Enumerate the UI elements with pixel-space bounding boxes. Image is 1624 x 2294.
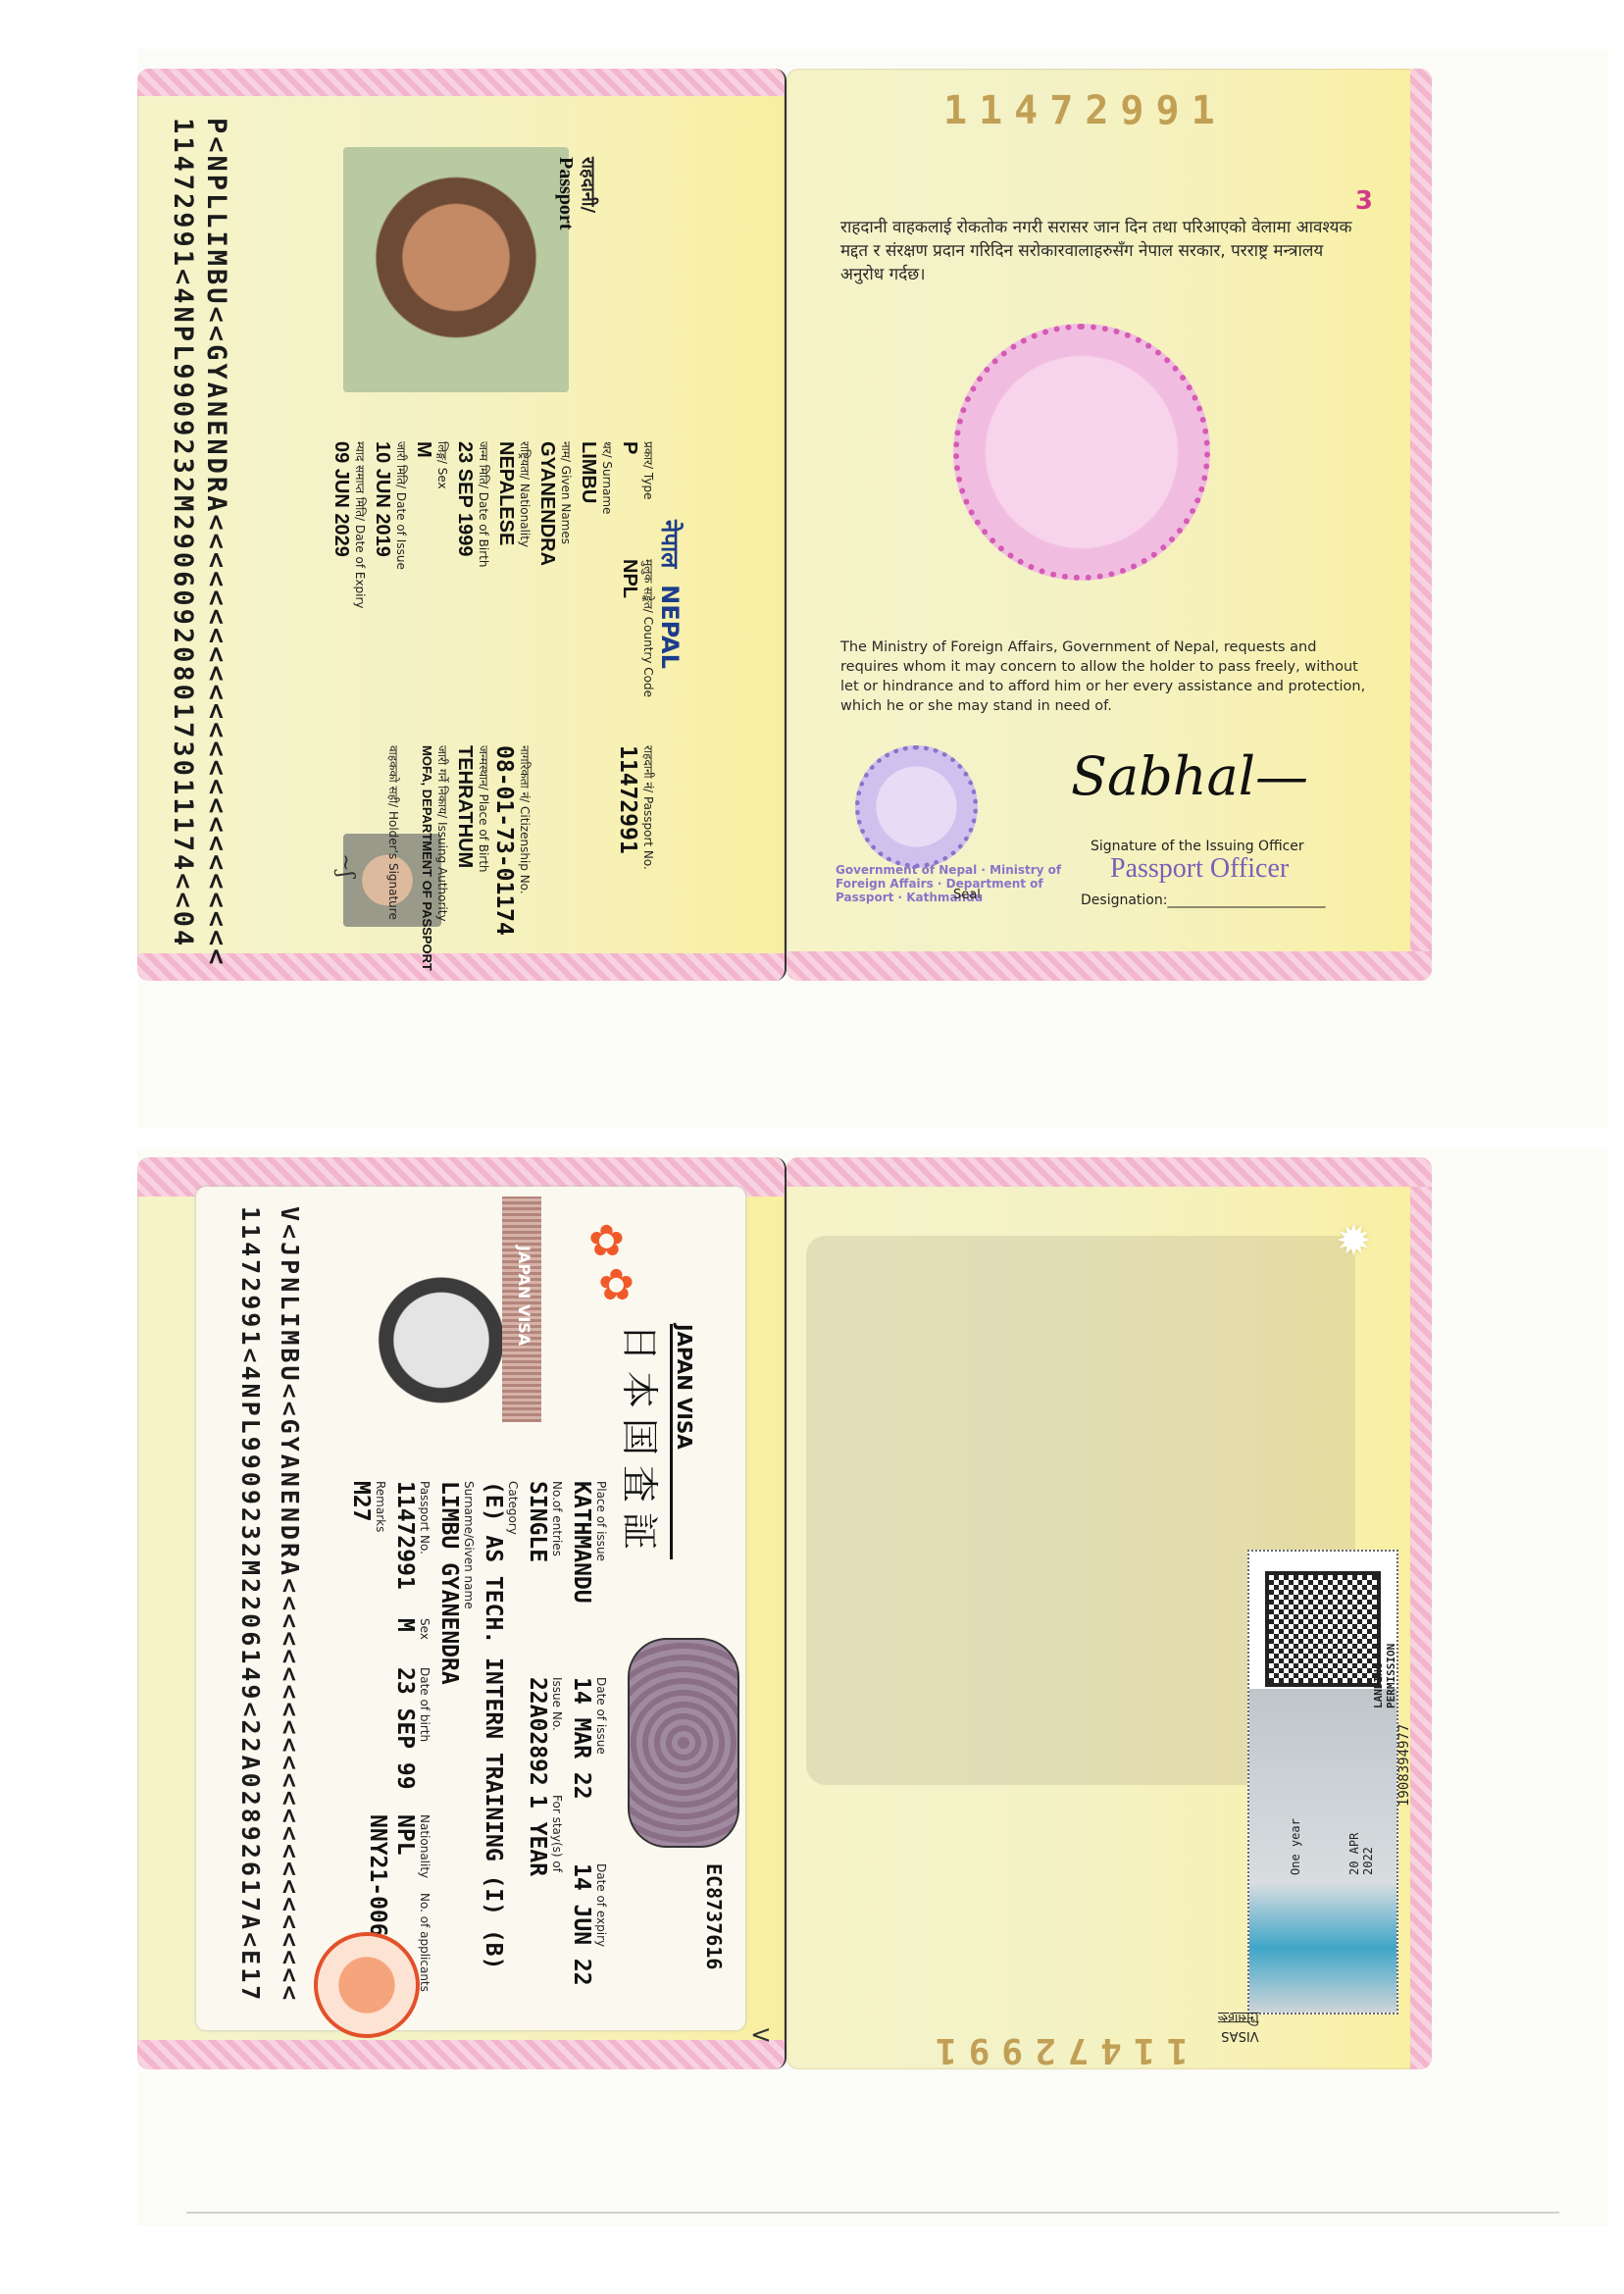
perforated-passport-number: 11472991 (943, 88, 1227, 133)
holder-photo (343, 147, 569, 392)
page-number: 3 (1355, 186, 1373, 216)
issuing-officer-signature: Sabhal— (1071, 745, 1308, 807)
field-surname: थर/ SurnameLIMBU (577, 441, 616, 514)
field-remarks: RemarksM27 (348, 1481, 387, 1532)
field-citizenship-no: नागरिकता नं/ Citizenship No.08-01-73-011… (491, 745, 533, 936)
ministry-red-seal (314, 1932, 420, 2038)
landing-title: LANDING PERMISSION (1372, 1644, 1397, 1708)
signature-label: Signature of the Issuing Officer (1091, 839, 1304, 854)
field-visa-date-of-issue: Date of issue14 MAR 22 (569, 1677, 608, 1800)
passport-spread-visa: JAPAN VISA ✿ ✿ JAPAN VISA 日本国査証 EC873761… (137, 1157, 1432, 2069)
field-no-of-applicants: No. of applicants (418, 1893, 431, 1992)
holder-signature-scribble: ~ʃ (333, 853, 358, 877)
japan-visa-page: JAPAN VISA ✿ ✿ JAPAN VISA 日本国査証 EC873761… (137, 1157, 787, 2069)
scan-edge (186, 2212, 1559, 2214)
visa-holder-photo (358, 1255, 525, 1432)
landing-codes: 1908394977 (1396, 1724, 1412, 1807)
request-text-english: The Ministry of Foreign Affairs, Governm… (840, 637, 1375, 716)
passport-spread-bio: P<NPLLIMBU<<GYANENDRA<<<<<<<<<<<<<<<<<<<… (137, 69, 1432, 981)
visa-title: JAPAN VISA 日本国査証 (616, 1324, 696, 1559)
field-visa-date-of-birth: Date of birth23 SEP 99 (392, 1667, 431, 1790)
sakura-icon: ✿ (588, 1216, 625, 1266)
country-english: NEPAL (656, 585, 684, 669)
japan-visa-sticker: JAPAN VISA ✿ ✿ JAPAN VISA 日本国査証 EC873761… (196, 1187, 745, 2030)
field-for-stay-of: For stay(s) of1 YEAR (525, 1795, 564, 1876)
sakura-icon: ✿ (598, 1260, 634, 1310)
field-visa-passport-no: Passport No.11472991 (392, 1481, 431, 1590)
security-band (137, 69, 785, 96)
landing-permission-sticker: 1908394977 LANDING PERMISSION 20 APR 202… (1247, 1550, 1398, 2014)
field-visa-sex: SexM (392, 1618, 431, 1640)
designation-label: Designation:_______________________ (1081, 892, 1325, 908)
visa-mrz-line-1: V<JPNLIMBU<<GYANENDRA<<<<<<<<<<<<<<<<<<<… (276, 1206, 304, 2003)
qr-code (1265, 1571, 1381, 1687)
visas-page: ✹ 1908394977 LANDING PERMISSION 20 APR 2… (787, 1157, 1432, 2069)
field-category: Category(E) AS TECH. INTERN TRAINING (I)… (481, 1481, 520, 1970)
star-emblem-icon: ✹ (1336, 1216, 1372, 1266)
title-nepali: राहदानी/ (577, 157, 600, 229)
perforated-passport-number: 11472991 (924, 2030, 1188, 2069)
title-english: Passport (554, 157, 577, 229)
country-heading: नेपाल NEPAL (654, 520, 686, 669)
mrz-line-1: P<NPLLIMBU<<GYANENDRA<<<<<<<<<<<<<<<<<<<… (201, 118, 231, 968)
field-nationality: राष्ट्रियता/ NationalityNEPALESE (494, 441, 533, 547)
security-band (787, 951, 1432, 981)
visas-header: VISASभिसाहरू (1218, 2011, 1259, 2043)
field-passport-no: राहदानी नं/ Passport No.11472991 (615, 745, 657, 870)
designation-stamp: Passport Officer (1110, 853, 1289, 885)
security-band (137, 953, 785, 981)
field-date-of-issue: जारी मिति/ Date of Issue10 JUN 2019 (371, 441, 410, 570)
landing-date: 20 APR 2022 (1347, 1826, 1375, 1875)
security-band (1410, 69, 1432, 981)
landing-duration: One year (1289, 1818, 1302, 1875)
department-seal (855, 745, 978, 868)
country-nepali: नेपाल (656, 520, 684, 568)
field-date-of-birth: जन्म मिति/ Date of Birth23 SEP 1999 (453, 441, 492, 568)
seal-label: Seal (953, 888, 981, 902)
field-visa-nationality: NationalityNPL (392, 1814, 431, 1878)
field-sex: लिङ्ग/ SexM (412, 441, 451, 489)
visa-number: EC8737616 (702, 1863, 726, 1969)
field-country-code: मुलुक सङ्केत/ Country CodeNPL (618, 559, 657, 697)
nepal-coat-of-arms (953, 324, 1210, 581)
visa-guilloche-rosette (628, 1638, 739, 1848)
visa-banner-text: JAPAN VISA (515, 1246, 533, 1346)
security-band (787, 1157, 1432, 1187)
gutter-mark: < (750, 2020, 772, 2050)
field-type: प्रकार/ TypeP (618, 441, 657, 499)
security-band (1410, 1157, 1432, 2069)
field-holder-signature: वाहकको सही/ Holder's Signature (385, 745, 402, 920)
field-name: Surname/Given nameLIMBU GYANENDRA (436, 1481, 476, 1685)
security-band (137, 2040, 785, 2069)
field-place-of-issue: Place of issueKATHMANDU (569, 1481, 608, 1604)
field-issue-no: Issue No.22A02892 (525, 1677, 564, 1786)
mrz-line-2: 11472991<4NPL9909232M2906092080173011174… (168, 118, 198, 948)
field-issuing-authority: जारी गर्ने निकाय/ Issuing AuthorityMOFA,… (420, 745, 451, 971)
passport-page-3: 11472991 3 राहदानी वाहकलाई रोकतोक नगरी स… (787, 69, 1432, 981)
field-given-names: नाम/ Given NamesGYANENDRA (535, 441, 575, 566)
field-visa-date-of-expiry: Date of expiry14 JUN 22 (569, 1863, 608, 1986)
visa-mrz-line-2: 11472991<4NPL9909232M2206149<22A02892617… (236, 1206, 265, 2003)
passport-title: राहदानी/ Passport (554, 157, 600, 229)
field-no-of-entries: No.of entriesSINGLE (525, 1481, 564, 1562)
request-text-nepali: राहदानी वाहकलाई रोकतोक नगरी सरासर जान दि… (840, 216, 1370, 286)
field-date-of-expiry: म्याद समाप्त मिति/ Date of Expiry09 JUN … (330, 441, 369, 609)
bio-data-page: P<NPLLIMBU<<GYANENDRA<<<<<<<<<<<<<<<<<<<… (137, 69, 787, 981)
field-place-of-birth: जन्मस्थान/ Place of BirthTEHRATHUM (453, 745, 492, 873)
